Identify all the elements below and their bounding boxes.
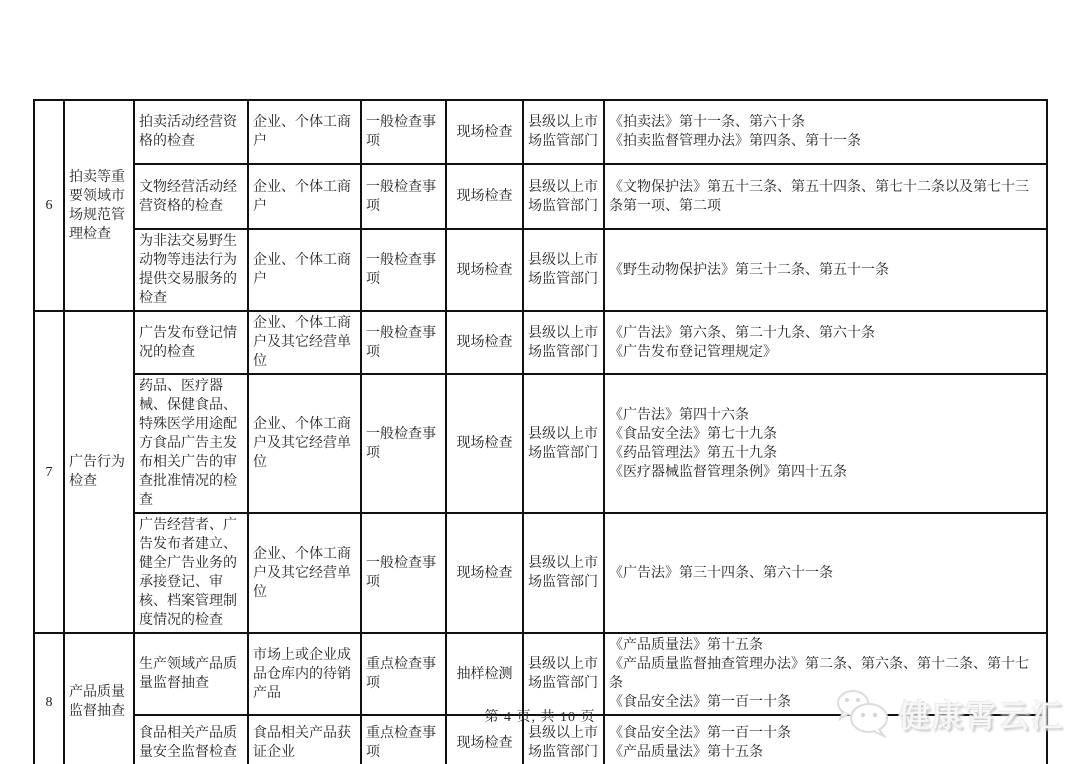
method-cell: 现场检查 xyxy=(446,100,523,164)
row-number-cell: 7 xyxy=(34,311,64,633)
type-cell: 重点检查事项 xyxy=(361,633,446,715)
type-cell: 一般检查事项 xyxy=(361,100,446,164)
item-cell: 为非法交易野生动物等违法行为提供交易服务的检查 xyxy=(134,229,248,311)
item-cell: 广告发布登记情况的检查 xyxy=(134,311,248,374)
page-number: 第 4 页, 共 10 页 xyxy=(0,706,1080,726)
department-cell: 县级以上市场监管部门 xyxy=(523,374,604,513)
target-cell: 企业、个体工商户 xyxy=(248,100,361,164)
target-cell: 企业、个体工商户 xyxy=(248,164,361,229)
row-number-cell: 8 xyxy=(34,633,64,764)
target-cell: 企业、个体工商户 xyxy=(248,229,361,311)
method-cell: 现场检查 xyxy=(446,513,523,633)
type-cell: 一般检查事项 xyxy=(361,164,446,229)
category-cell: 拍卖等重要领域市场规范管理检查 xyxy=(64,100,134,311)
table-row: 广告经营者、广告发布者建立、健全广告业务的承接登记、审核、档案管理制度情况的检查… xyxy=(34,513,1047,633)
item-cell: 拍卖活动经营资格的检查 xyxy=(134,100,248,164)
item-cell: 药品、医疗器械、保健食品、特殊医学用途配方食品广告主发布相关广告的审查批准情况的… xyxy=(134,374,248,513)
method-cell: 抽样检测 xyxy=(446,633,523,715)
table-row: 为非法交易野生动物等违法行为提供交易服务的检查企业、个体工商户一般检查事项现场检… xyxy=(34,229,1047,311)
target-cell: 市场上或企业成品仓库内的待销产品 xyxy=(248,633,361,715)
target-cell: 企业、个体工商户及其它经营单位 xyxy=(248,311,361,374)
method-cell: 现场检查 xyxy=(446,229,523,311)
category-cell: 产品质量监督抽查 xyxy=(64,633,134,764)
department-cell: 县级以上市场监管部门 xyxy=(523,229,604,311)
department-cell: 县级以上市场监管部门 xyxy=(523,513,604,633)
type-cell: 一般检查事项 xyxy=(361,513,446,633)
inspection-table: 6拍卖等重要领域市场规范管理检查拍卖活动经营资格的检查企业、个体工商户一般检查事… xyxy=(33,99,1048,764)
type-cell: 一般检查事项 xyxy=(361,311,446,374)
legal-basis-cell: 《广告法》第三十四条、第六十一条 xyxy=(604,513,1047,633)
legal-basis-cell: 《广告法》第四十六条 《食品安全法》第七十九条 《药品管理法》第五十九条 《医疗… xyxy=(604,374,1047,513)
legal-basis-cell: 《拍卖法》第十一条、第六十条 《拍卖监督管理办法》第四条、第十一条 xyxy=(604,100,1047,164)
department-cell: 县级以上市场监管部门 xyxy=(523,633,604,715)
item-cell: 文物经营活动经营资格的检查 xyxy=(134,164,248,229)
target-cell: 企业、个体工商户及其它经营单位 xyxy=(248,513,361,633)
department-cell: 县级以上市场监管部门 xyxy=(523,311,604,374)
table-row: 6拍卖等重要领域市场规范管理检查拍卖活动经营资格的检查企业、个体工商户一般检查事… xyxy=(34,100,1047,164)
method-cell: 现场检查 xyxy=(446,374,523,513)
table-row: 文物经营活动经营资格的检查企业、个体工商户一般检查事项现场检查县级以上市场监管部… xyxy=(34,164,1047,229)
item-cell: 广告经营者、广告发布者建立、健全广告业务的承接登记、审核、档案管理制度情况的检查 xyxy=(134,513,248,633)
category-cell: 广告行为检查 xyxy=(64,311,134,633)
legal-basis-cell: 《产品质量法》第十五条 《产品质量监督抽查管理办法》第二条、第六条、第十二条、第… xyxy=(604,633,1047,715)
method-cell: 现场检查 xyxy=(446,311,523,374)
method-cell: 现场检查 xyxy=(446,164,523,229)
type-cell: 一般检查事项 xyxy=(361,374,446,513)
department-cell: 县级以上市场监管部门 xyxy=(523,164,604,229)
inspection-table-body: 6拍卖等重要领域市场规范管理检查拍卖活动经营资格的检查企业、个体工商户一般检查事… xyxy=(34,100,1047,764)
type-cell: 一般检查事项 xyxy=(361,229,446,311)
legal-basis-cell: 《野生动物保护法》第三十二条、第五十一条 xyxy=(604,229,1047,311)
table-row: 7广告行为检查广告发布登记情况的检查企业、个体工商户及其它经营单位一般检查事项现… xyxy=(34,311,1047,374)
row-number-cell: 6 xyxy=(34,100,64,311)
department-cell: 县级以上市场监管部门 xyxy=(523,100,604,164)
table-row: 8产品质量监督抽查生产领域产品质量监督抽查市场上或企业成品仓库内的待销产品重点检… xyxy=(34,633,1047,715)
document-page: 6拍卖等重要领域市场规范管理检查拍卖活动经营资格的检查企业、个体工商户一般检查事… xyxy=(0,0,1080,764)
item-cell: 生产领域产品质量监督抽查 xyxy=(134,633,248,715)
target-cell: 企业、个体工商户及其它经营单位 xyxy=(248,374,361,513)
legal-basis-cell: 《文物保护法》第五十三条、第五十四条、第七十二条以及第七十三条第一项、第二项 xyxy=(604,164,1047,229)
table-row: 药品、医疗器械、保健食品、特殊医学用途配方食品广告主发布相关广告的审查批准情况的… xyxy=(34,374,1047,513)
legal-basis-cell: 《广告法》第六条、第二十九条、第六十条 《广告发布登记管理规定》 xyxy=(604,311,1047,374)
